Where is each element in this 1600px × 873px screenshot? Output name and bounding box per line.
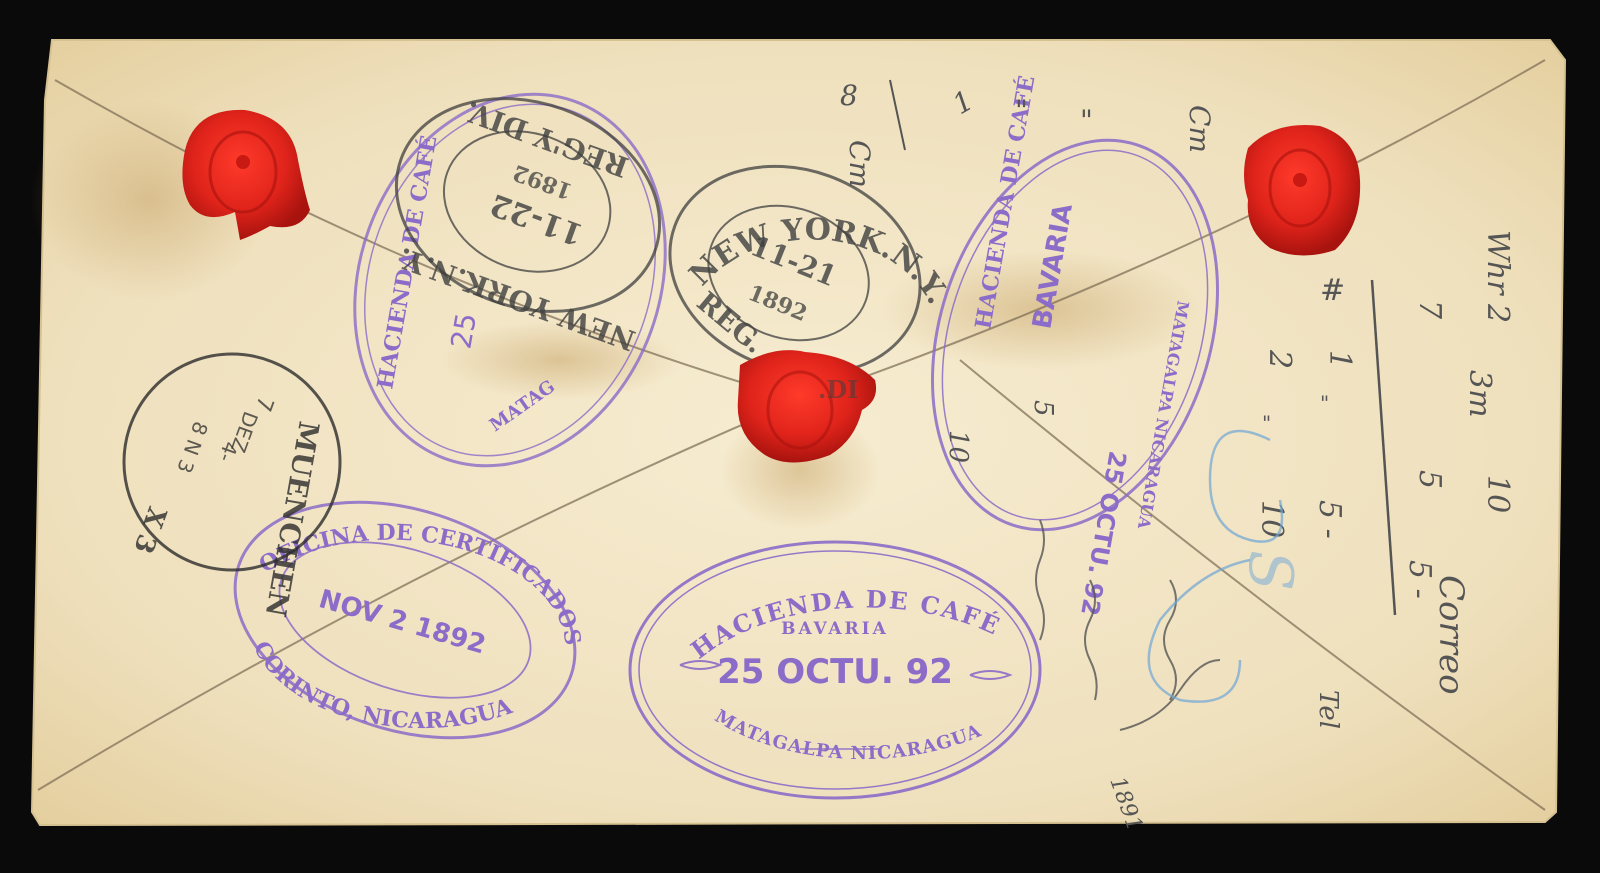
svg-text:Cm: Cm	[843, 140, 876, 188]
wax-seal-icon	[1244, 125, 1360, 256]
svg-text:5 -: 5 -	[1312, 500, 1347, 539]
hacienda-main-middle: BAVARIA	[781, 619, 889, 639]
svg-text:": "	[1262, 411, 1271, 435]
svg-text:": "	[1015, 94, 1028, 127]
svg-text:7: 7	[1412, 300, 1447, 320]
center-seal-postmark-fragment: .DI	[818, 375, 858, 404]
svg-text:": "	[1320, 391, 1329, 415]
svg-text:2: 2	[1262, 349, 1297, 369]
hacienda-upper-left-date: 25	[444, 310, 483, 351]
svg-text:3m: 3m	[1462, 370, 1497, 418]
svg-text:8: 8	[840, 79, 858, 112]
svg-text:10: 10	[1254, 500, 1289, 538]
envelope-photo: HACIENDA DE CAFÉ BAVARIA 25 OCTU. 92 MAT…	[0, 0, 1600, 873]
svg-text:Correo: Correo	[1431, 575, 1471, 695]
svg-text:1: 1	[1322, 350, 1357, 369]
svg-text:#: #	[1320, 273, 1345, 308]
svg-text:": "	[1080, 104, 1093, 137]
svg-text:Whr 2: Whr 2	[1480, 230, 1515, 323]
svg-text:5: 5	[1028, 400, 1058, 417]
svg-text:Cm: Cm	[1183, 105, 1216, 153]
svg-text:10: 10	[1480, 475, 1515, 513]
blue-pencil-letter: S	[1235, 550, 1305, 591]
svg-text:5: 5	[1412, 470, 1447, 489]
svg-text:10: 10	[943, 430, 973, 463]
hacienda-main-date: 25 OCTU. 92	[717, 652, 953, 692]
svg-text:Tel: Tel	[1313, 690, 1343, 729]
